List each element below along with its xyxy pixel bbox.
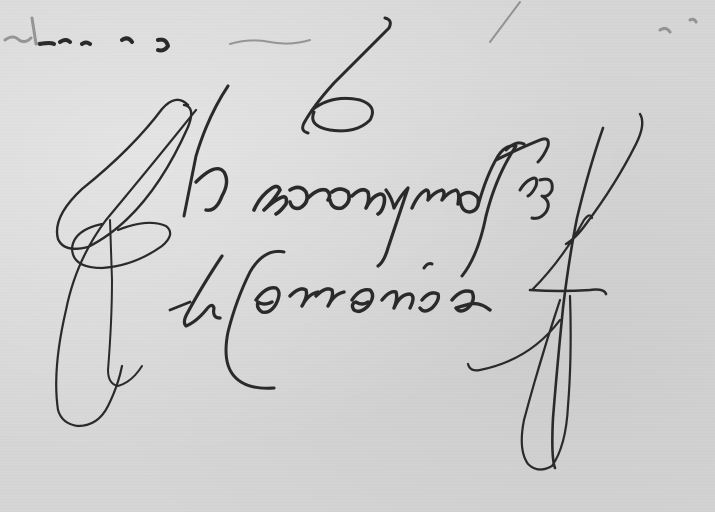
signature-drawing — [0, 0, 715, 512]
signature-word-de-carranza — [170, 251, 490, 388]
right-paraph-flourish — [468, 114, 642, 470]
signature-word-hieronymo — [184, 86, 478, 266]
left-capital-flourish — [56, 100, 196, 426]
document-scan: ...stades, Hieronymo Ortiz de Carranza — [0, 0, 715, 512]
rubric-top-flourish — [303, 18, 391, 133]
top-line-fragment — [5, 2, 696, 51]
